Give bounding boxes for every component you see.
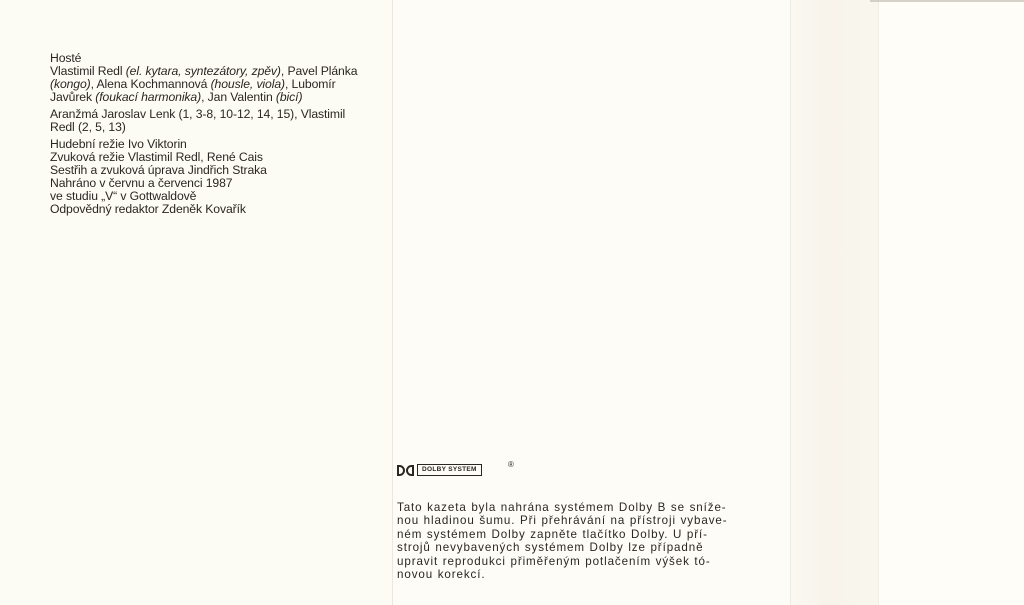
registered-trademark-icon: ® [508,461,514,469]
guest-name: , Lubomír [285,77,336,91]
dolby-notice-line: novou korekcí. [397,568,787,581]
guest-role: (housle, viola) [211,77,285,91]
guest-role: (el. kytara, syntezátory, zpěv) [126,64,281,78]
arrangement-credit: Aranžmá Jaroslav Lenk (1, 3-8, 10-12, 14… [50,108,410,134]
production-credits: Hudební režie Ivo Viktorin Zvuková režie… [50,138,410,216]
guest-name: , Jan Valentin [201,90,276,104]
guest-name: Vlastimil Redl [50,64,126,78]
credits-block: Hosté Vlastimil Redl (el. kytara, syntez… [50,52,410,216]
fold-line [878,0,879,605]
guests-line: Javůrek (foukací harmonika), Jan Valenti… [50,91,410,104]
dolby-notice-line: nou hladinou šumu. Při přehrávání na pří… [397,514,787,527]
arrangement-line: Redl (2, 5, 13) [50,121,410,134]
right-panel [878,0,1024,605]
guest-role: (kongo) [50,77,91,91]
spine-panel [790,0,878,605]
guest-name: , Alena Kochmannová [91,77,211,91]
dolby-notice-line: upravit reprodukci přiměřeným potlačením… [397,555,787,568]
dolby-notice-line: ném systémem Dolby zapněte tlačítko Dolb… [397,528,787,541]
dolby-notice-line: Tato kazeta byla nahrána systémem Dolby … [397,501,787,514]
guest-name: , Pavel Plánka [281,64,358,78]
dolby-system-label: DOLBY SYSTEM [417,464,482,476]
guests-list: Vlastimil Redl (el. kytara, syntezátory,… [50,65,410,104]
guest-role: (bicí) [276,90,302,104]
dolby-notice-line: strojů nevybavených systémem Dolby lze p… [397,541,787,554]
fold-line [790,0,791,605]
guest-role: (foukací harmonika) [95,90,201,104]
editor-credit: Odpovědný redaktor Zdeněk Kovařík [50,203,410,216]
dolby-system-logo: DOLBY SYSTEM [397,464,482,476]
dolby-double-d-icon [397,465,414,476]
sheet-edge [870,0,1024,2]
guest-name: Javůrek [50,90,95,104]
dolby-notice: Tato kazeta byla nahrána systémem Dolby … [397,501,787,581]
